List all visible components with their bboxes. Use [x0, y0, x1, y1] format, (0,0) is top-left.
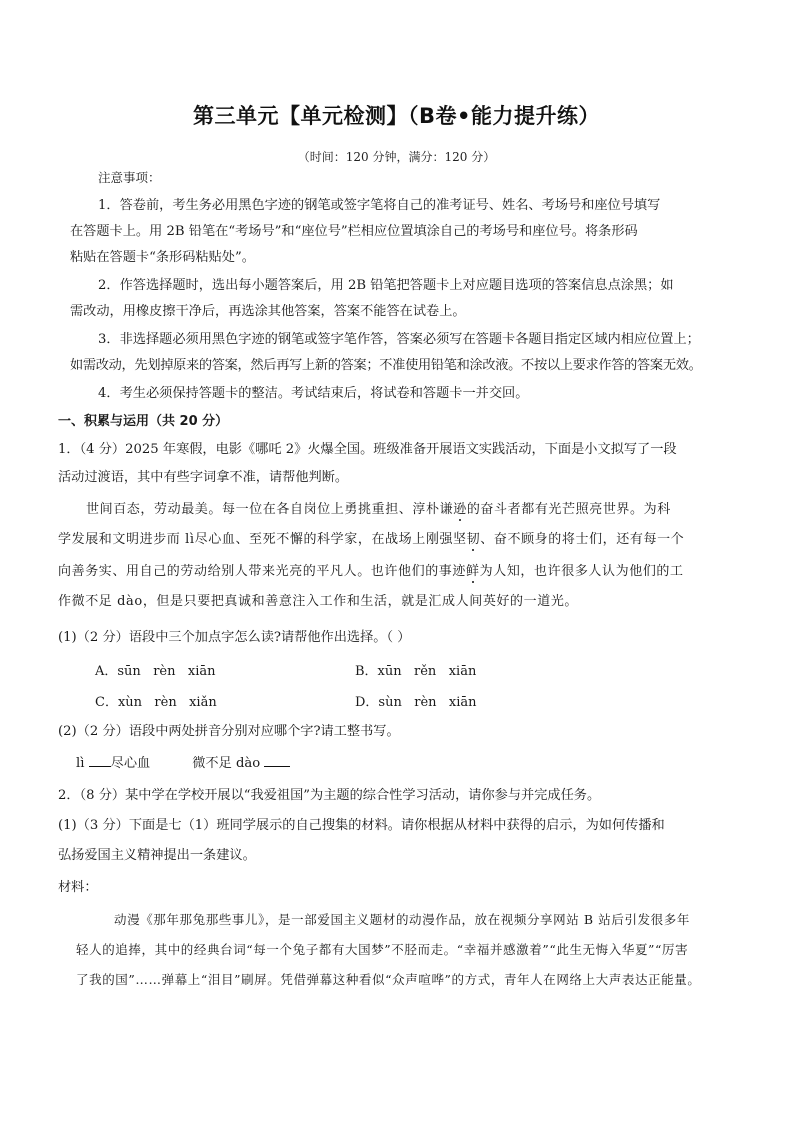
option-b[interactable]: B．xūn rěn xiān [355, 660, 476, 679]
notice-heading: 注意事项： [98, 168, 778, 188]
question-2-sub-1-line-2: 弘扬爱国主义精神提出一条建议。 [58, 846, 738, 866]
material-line-3: 了我的国”……弹幕上“泪目”刷屏。凭借弹幕这种看似“众声喧哗”的方式，青年人在网… [76, 970, 756, 990]
notice-item-1-line-2: 在答题卡上。用 2B 铅笔在“考场号”和“座位号”栏相应位置填涂自己的考场号和座… [70, 222, 750, 242]
passage-line-2: 学发展和文明进步而 lì尽心血、至死不懈的科学家，在战场上刚强坚韧、奋不顾身的将… [58, 530, 738, 550]
passage-text: 学发展和文明进步而 lì尽心血、至死不懈的科学家，在战场上刚强坚 [58, 532, 467, 547]
page-title: 第三单元【单元检测】（B卷•能力提升练） [0, 100, 793, 130]
notice-item-3-line-1: 3．非选择题必须用黑色字迹的钢笔或签字笔作答，答案必须写在答题卡各题目指定区域内… [98, 330, 778, 350]
passage-line-3: 向善务实、用自己的劳动给别人带来光亮的平凡人。也许他们的事迹鲜为人知，也许很多人… [58, 562, 738, 582]
question-2-sub-1-line-1: (1)（3 分）下面是七（1）班同学展示的自己搜集的材料。请你根据从材料中获得的… [58, 816, 738, 836]
passage-line-4: 作微不足 dào，但是只要把真诚和善意注入工作和生活，就是汇成人间英好的一道光。 [58, 592, 738, 612]
notice-item-2-line-2: 需改动，用橡皮擦干净后，再选涂其他答案，答案不能答在试卷上。 [70, 302, 750, 322]
passage-text: 的奋斗者都有光芒照亮世界。为科 [467, 502, 671, 517]
fill-2-prefix: 微不足 dào [192, 756, 264, 771]
notice-item-1-line-3: 粘贴在答题卡“条形码粘贴处”。 [70, 248, 750, 268]
fill-1-suffix: 尽心血 [111, 756, 151, 771]
material-line-2: 轻人的追捧，其中的经典台词“每一个兔子都有大国梦”不胫而走。“幸福并感激着”“此… [76, 940, 756, 960]
option-a[interactable]: A．sūn rèn xiān [95, 660, 216, 679]
fill-in-line: lì 尽心血微不足 dào [76, 754, 756, 774]
question-2-stem: 2．（8 分）某中学在学校开展以“我爱祖国”为主题的综合性学习活动，请你参与并完… [58, 786, 738, 806]
subquestion-2-stem: (2)（2 分）语段中两处拼音分别对应哪个字?请工整书写。 [58, 722, 738, 742]
question-1-stem-line-1: 1．（4 分）2025 年寒假，电影《哪吒 2》火爆全国。班级准备开展语文实践活… [58, 440, 738, 460]
fill-2-blank[interactable] [264, 754, 290, 767]
passage-text: 为人知，也许很多人认为他们的工 [480, 564, 684, 579]
fill-1-prefix: lì [76, 756, 89, 771]
notice-item-3-line-2: 如需改动，先划掉原来的答案，然后再写上新的答案；不准使用铅笔和涂改液。不按以上要… [70, 356, 750, 376]
notice-item-2-line-1: 2．作答选择题时，选出每小题答案后，用 2B 铅笔把答题卡上对应题目选项的答案信… [98, 276, 778, 296]
option-c[interactable]: C．xùn rèn xiǎn [95, 691, 217, 710]
material-label: 材料： [58, 878, 738, 898]
exam-page: 第三单元【单元检测】（B卷•能力提升练） （时间：120 分钟，满分：120 分… [0, 0, 793, 1122]
dotted-character: 逊 [453, 502, 467, 517]
option-d[interactable]: D．sùn rèn xiān [355, 691, 477, 710]
notice-item-4-line-1: 4．考生必须保持答题卡的整洁。考试结束后，将试卷和答题卡一并交回。 [98, 384, 778, 404]
material-line-1: 动漫《那年那兔那些事儿》，是一部爱国主义题材的动漫作品，放在视频分享网站 B 站… [114, 910, 793, 930]
passage-text: 、奋不顾身的将士们，还有每一个 [480, 532, 684, 547]
passage-text: 世间百态，劳动最美。每一位在各自岗位上勇挑重担、淳朴谦 [86, 502, 453, 517]
question-1-stem-line-2: 活动过渡语，其中有些字词拿不准，请帮他判断。 [58, 468, 738, 488]
notice-item-1-line-1: 1．答卷前，考生务必用黑色字迹的钢笔或签字笔将自己的准考证号、姓名、考场号和座位… [98, 196, 778, 216]
passage-line-1: 世间百态，劳动最美。每一位在各自岗位上勇挑重担、淳朴谦逊的奋斗者都有光芒照亮世界… [86, 500, 766, 520]
section-heading: 一、积累与运用（共 20 分） [58, 412, 738, 432]
passage-text: 向善务实、用自己的劳动给别人带来光亮的平凡人。也许他们的事迹 [58, 564, 466, 579]
dotted-character: 鲜 [466, 564, 480, 579]
dotted-character: 韧 [467, 532, 481, 547]
subquestion-1-stem: (1)（2 分）语段中三个加点字怎么读?请帮他作出选择。（ ） [58, 628, 738, 648]
fill-1-blank[interactable] [89, 754, 111, 767]
exam-time-info: （时间：120 分钟，满分：120 分） [0, 148, 793, 165]
